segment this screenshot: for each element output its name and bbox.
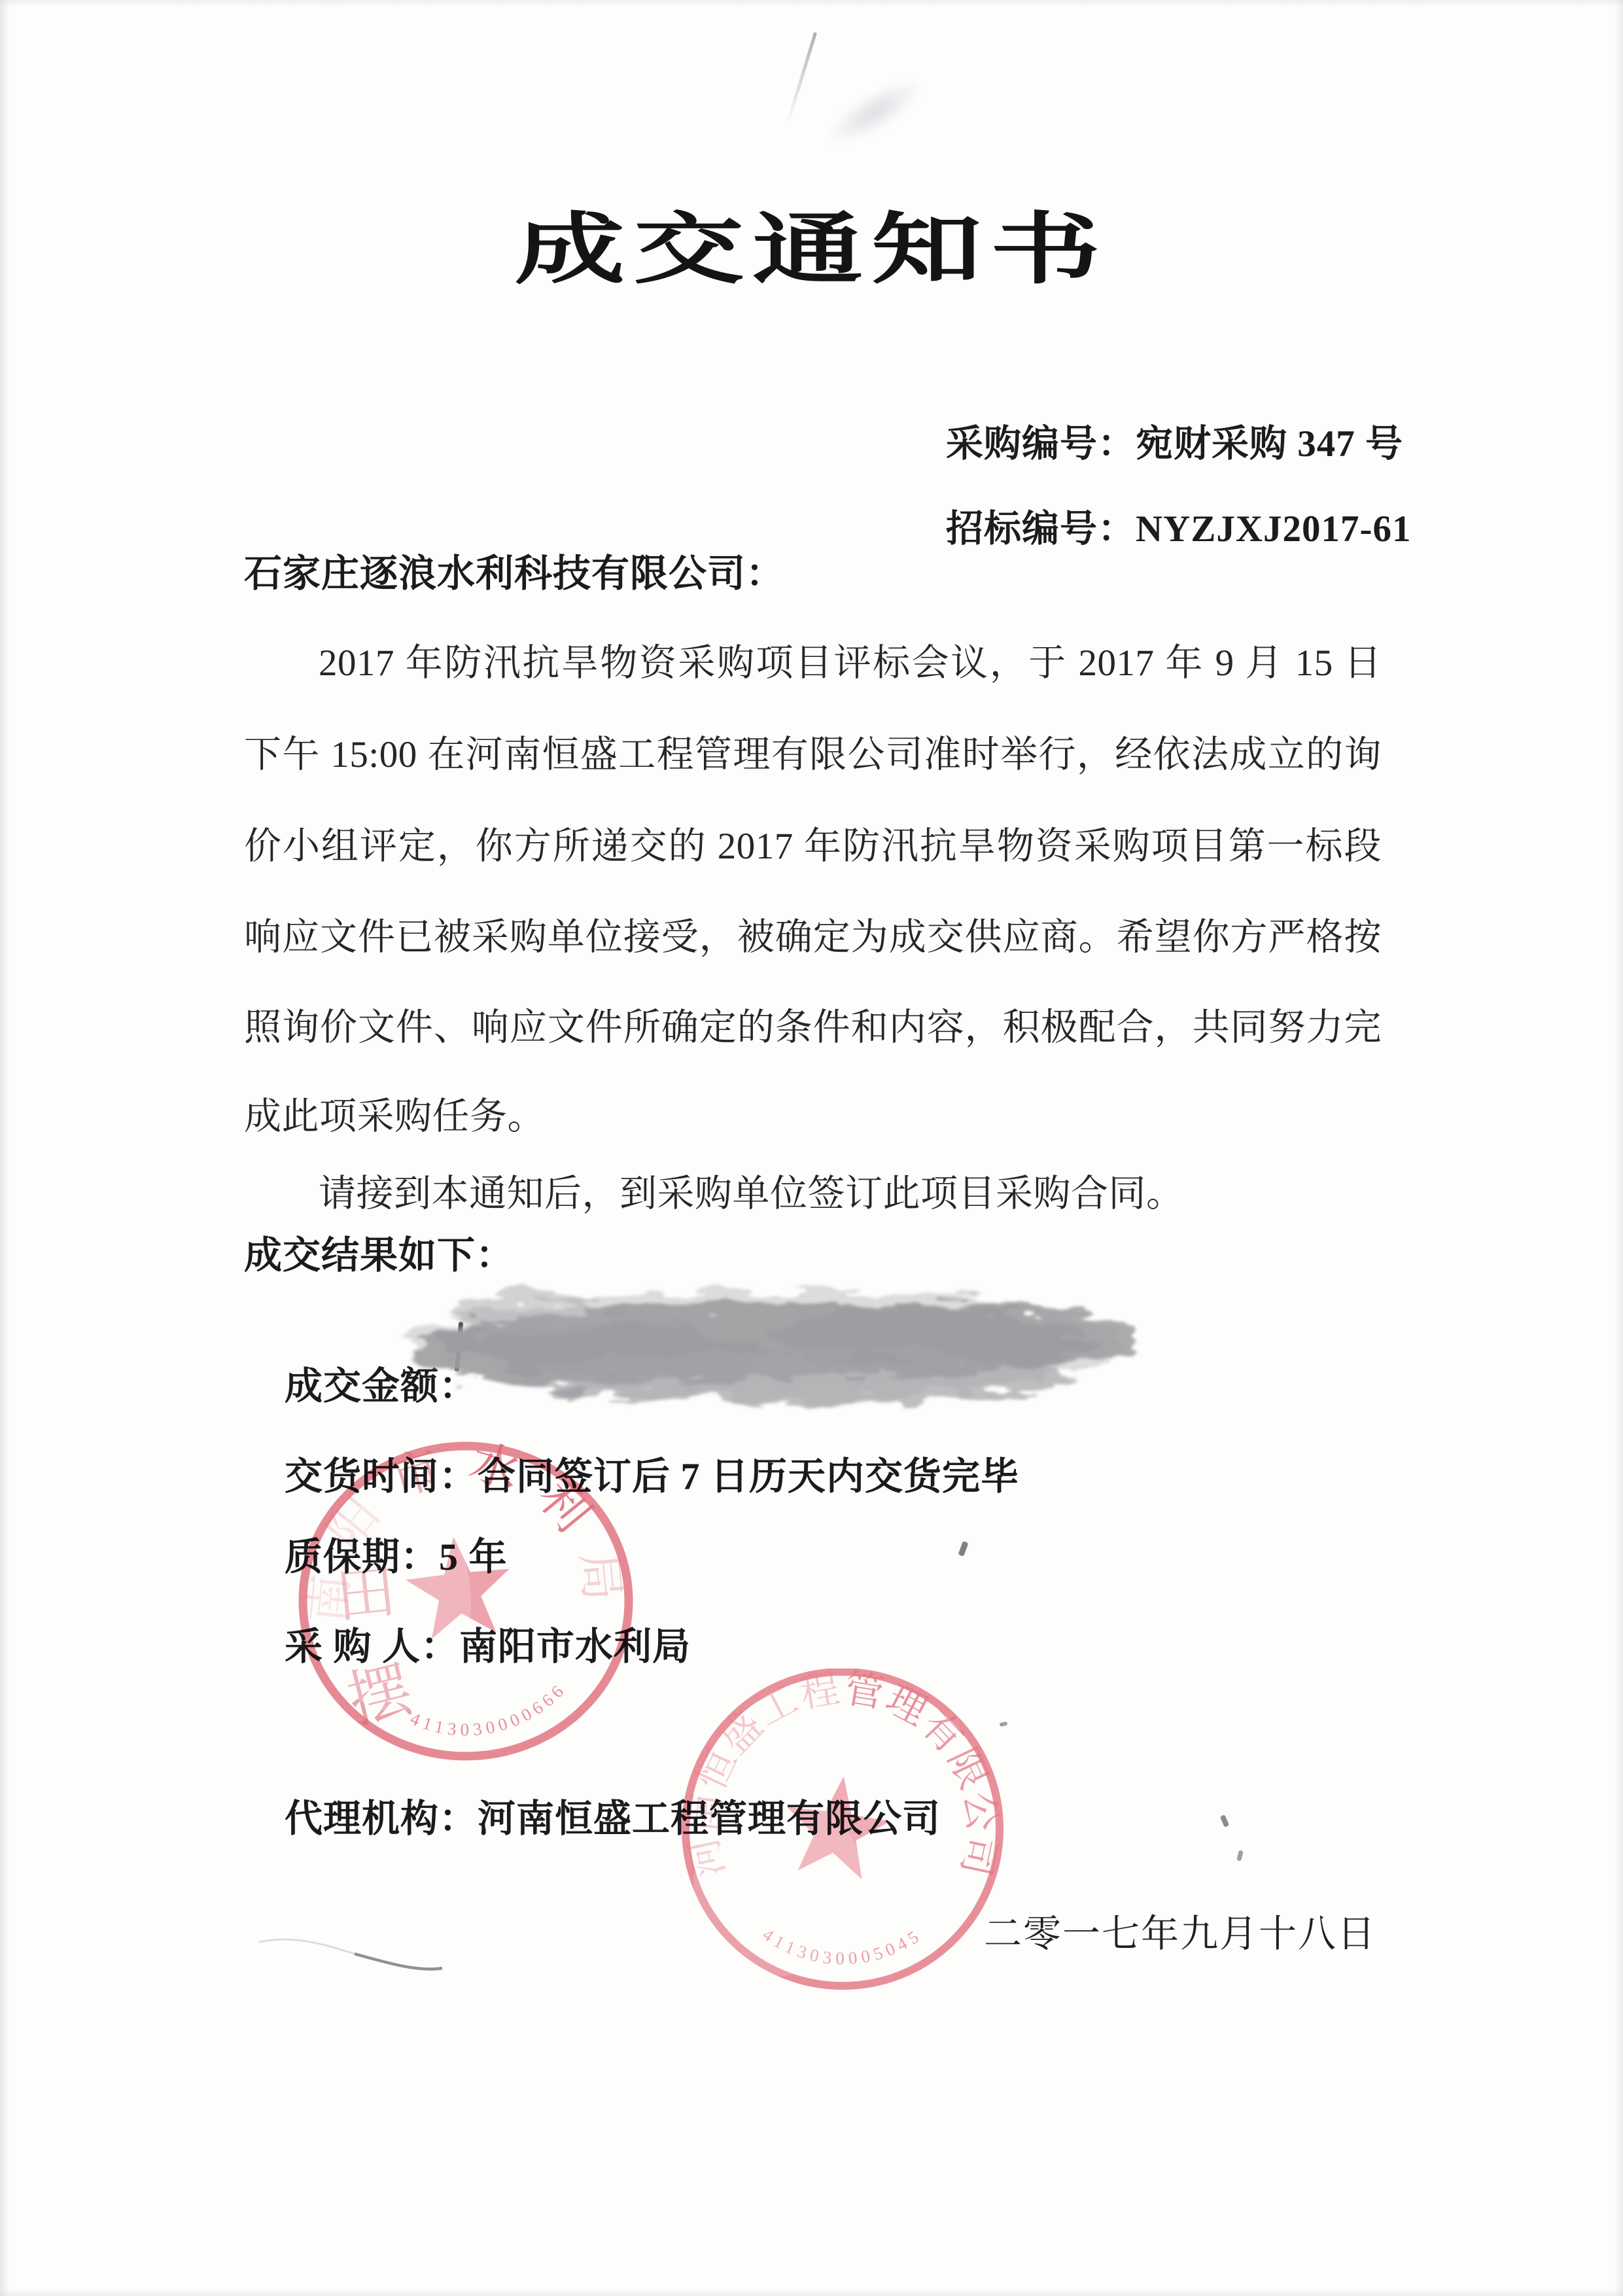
tender-number-value: NYZJXJ2017-61 xyxy=(1136,508,1412,550)
scanned-award-notice-page: 成交通知书 采购编号：宛财采购 347 号 招标编号：NYZJXJ2017-61… xyxy=(0,0,1623,2296)
pen-tick-mark xyxy=(1220,1814,1230,1828)
tender-number-line: 招标编号：NYZJXJ2017-61 xyxy=(906,463,1412,595)
water-bureau-official-seal-stamp: 南阳市水利局 4113030000666 田 摆 xyxy=(294,1439,641,1767)
pen-tick-mark xyxy=(1236,1850,1244,1861)
scan-smudge-top xyxy=(817,67,932,156)
scan-scratch-bottom-left xyxy=(256,1932,453,1979)
tender-number-label: 招标编号： xyxy=(946,508,1136,550)
body-line-5: 照询价文件、响应文件所确定的条件和内容，积极配合，共同努力完 xyxy=(244,1006,1382,1050)
agency-official-seal-stamp: 河南恒盛工程管理有限公司 4113030005045 xyxy=(680,1669,1007,1996)
addressee-company: 石家庄逐浪水利科技有限公司： xyxy=(244,552,784,596)
scan-scratch-top xyxy=(785,32,817,128)
body-line-4: 响应文件已被采购单位接受，被确定为成交供应商。希望你方严格按 xyxy=(244,915,1382,959)
redaction-mark xyxy=(393,1276,1178,1426)
result-heading: 成交结果如下： xyxy=(244,1233,514,1278)
document-title: 成交通知书 xyxy=(514,204,1109,296)
body-line-2: 下午 15:00 在河南恒盛工程管理有限公司准时举行，经依法成立的询 xyxy=(244,733,1382,777)
document-date: 二零一七年九月十八日 xyxy=(984,1912,1376,1956)
body-line-1: 2017 年防汛抗旱物资采购项目评标会议，于 2017 年 9 月 15 日 xyxy=(319,641,1382,685)
body-line-6: 成此项采购任务。 xyxy=(244,1095,545,1139)
body-line-3: 价小组评定，你方所递交的 2017 年防汛抗旱物资采购项目第一标段 xyxy=(244,824,1382,868)
procurement-number-value: 宛财采购 347 号 xyxy=(1136,423,1403,465)
procurement-number-label: 采购编号： xyxy=(946,423,1136,465)
body-line-7: 请接到本通知后，到采购单位签订此项目采购合同。 xyxy=(319,1172,1184,1216)
agency-label: 代理机构： xyxy=(285,1797,478,1840)
